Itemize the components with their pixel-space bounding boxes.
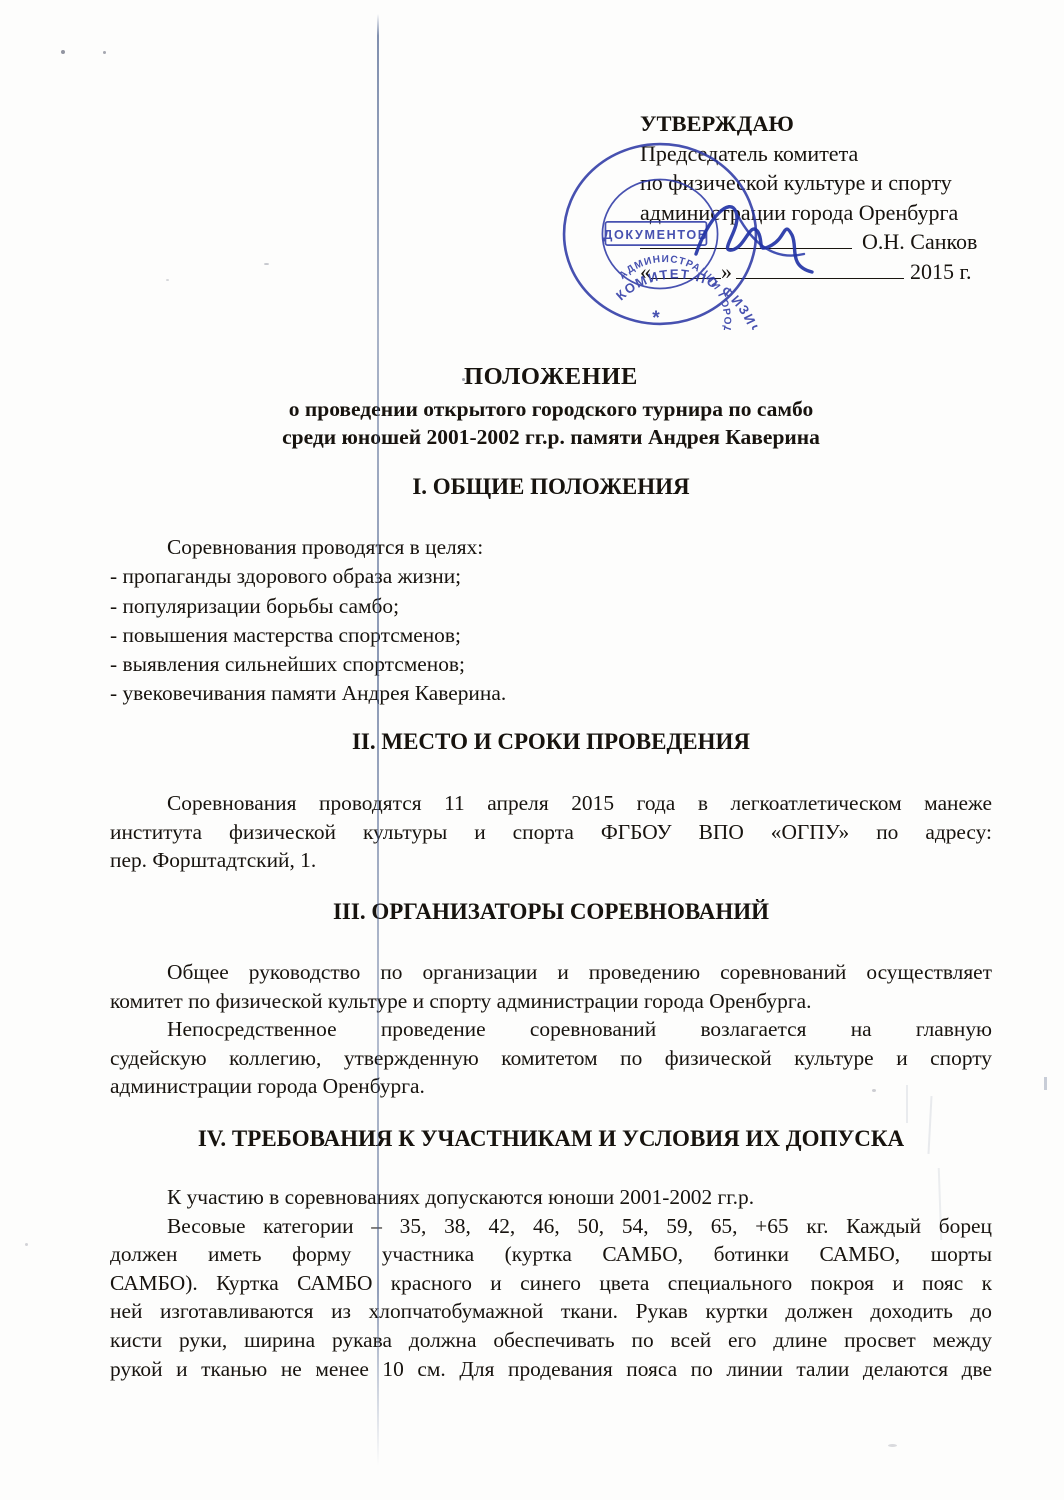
paragraph-line: САМБО). Куртка САМБО красного и синего ц… xyxy=(110,1269,992,1298)
paragraph-line: ней изготавливаются из хлопчатобумажной … xyxy=(110,1297,992,1326)
paragraph-line: Весовые категории – 35, 38, 42, 46, 50, … xyxy=(110,1212,992,1241)
signature-scribble xyxy=(686,190,826,290)
paragraph: Соревнования проводятся в целях: xyxy=(110,533,992,562)
scan-artifact xyxy=(61,50,65,54)
goal-item: - повышения мастерства спортсменов; xyxy=(110,621,992,650)
scan-artifact xyxy=(25,1243,28,1246)
section-body-4: К участию в соревнованиях допускаются юн… xyxy=(110,1183,992,1383)
scan-artifact xyxy=(166,279,169,281)
goal-item: - выявления сильнейших спортсменов; xyxy=(110,650,992,679)
year-label: 2015 г. xyxy=(910,259,972,284)
paragraph-line: пер. Форштадтский, 1. xyxy=(110,846,992,875)
section-heading-1: I. ОБЩИЕ ПОЛОЖЕНИЯ xyxy=(110,474,992,500)
paragraph-line: Непосредственное проведение соревнований… xyxy=(110,1015,992,1044)
section-body-1: Соревнования проводятся в целях: - пропа… xyxy=(110,533,992,709)
paragraph-line: администрации города Оренбурга. xyxy=(110,1072,992,1101)
scanned-document-page: УТВЕРЖДАЮ Председатель комитета по физич… xyxy=(0,0,1064,1500)
paragraph: К участию в соревнованиях допускаются юн… xyxy=(110,1183,992,1212)
section-heading-4: IV. ТРЕБОВАНИЯ К УЧАСТНИКАМ И УСЛОВИЯ ИХ… xyxy=(110,1126,992,1152)
document-title-block: ПОЛОЖЕНИЕ о проведении открытого городск… xyxy=(110,363,992,451)
page-title: ПОЛОЖЕНИЕ xyxy=(110,363,992,391)
section-body-3: Общее руководство по организации и прове… xyxy=(110,958,992,1101)
paragraph-line: судейскую коллегию, утвержденную комитет… xyxy=(110,1044,992,1073)
section-heading-3: III. ОРГАНИЗАТОРЫ СОРЕВНОВАНИЙ xyxy=(110,899,992,925)
paragraph-line: Соревнования проводятся 11 апреля 2015 г… xyxy=(110,789,992,818)
stamp-star-icon: * xyxy=(652,308,660,329)
paragraph-line: Общее руководство по организации и прове… xyxy=(110,958,992,987)
paragraph-line: комитет по физической культуре и спорту … xyxy=(110,987,992,1016)
title-subtitle-1: о проведении открытого городского турнир… xyxy=(110,396,992,424)
scan-artifact xyxy=(1044,1077,1047,1090)
goal-item: - популяризации борьбы самбо; xyxy=(110,592,992,621)
section-heading-2: II. МЕСТО И СРОКИ ПРОВЕДЕНИЯ xyxy=(110,729,992,755)
section-body-2: Соревнования проводятся 11 апреля 2015 г… xyxy=(110,789,992,875)
goal-item: - пропаганды здорового образа жизни; xyxy=(110,562,992,591)
signer-name: О.Н. Санков xyxy=(862,229,977,254)
approval-label: УТВЕРЖДАЮ xyxy=(640,109,1010,139)
paragraph-line: института физической культуры и спорта Ф… xyxy=(110,818,992,847)
paragraph-line: кисти руки, ширина рукава должна обеспеч… xyxy=(110,1326,992,1355)
paragraph-line: рукой и тканью не менее 10 см. Для проде… xyxy=(110,1355,992,1384)
scan-artifact xyxy=(888,1444,897,1447)
scan-artifact xyxy=(103,51,106,54)
title-subtitle-2: среди юношей 2001-2002 гг.р. памяти Андр… xyxy=(110,424,992,452)
paragraph-line: должен иметь форму участника (куртка САМ… xyxy=(110,1240,992,1269)
scan-fold-line xyxy=(377,14,379,1466)
goal-item: - увековечивания памяти Андрея Каверина. xyxy=(110,679,992,708)
scan-artifact xyxy=(264,263,269,265)
